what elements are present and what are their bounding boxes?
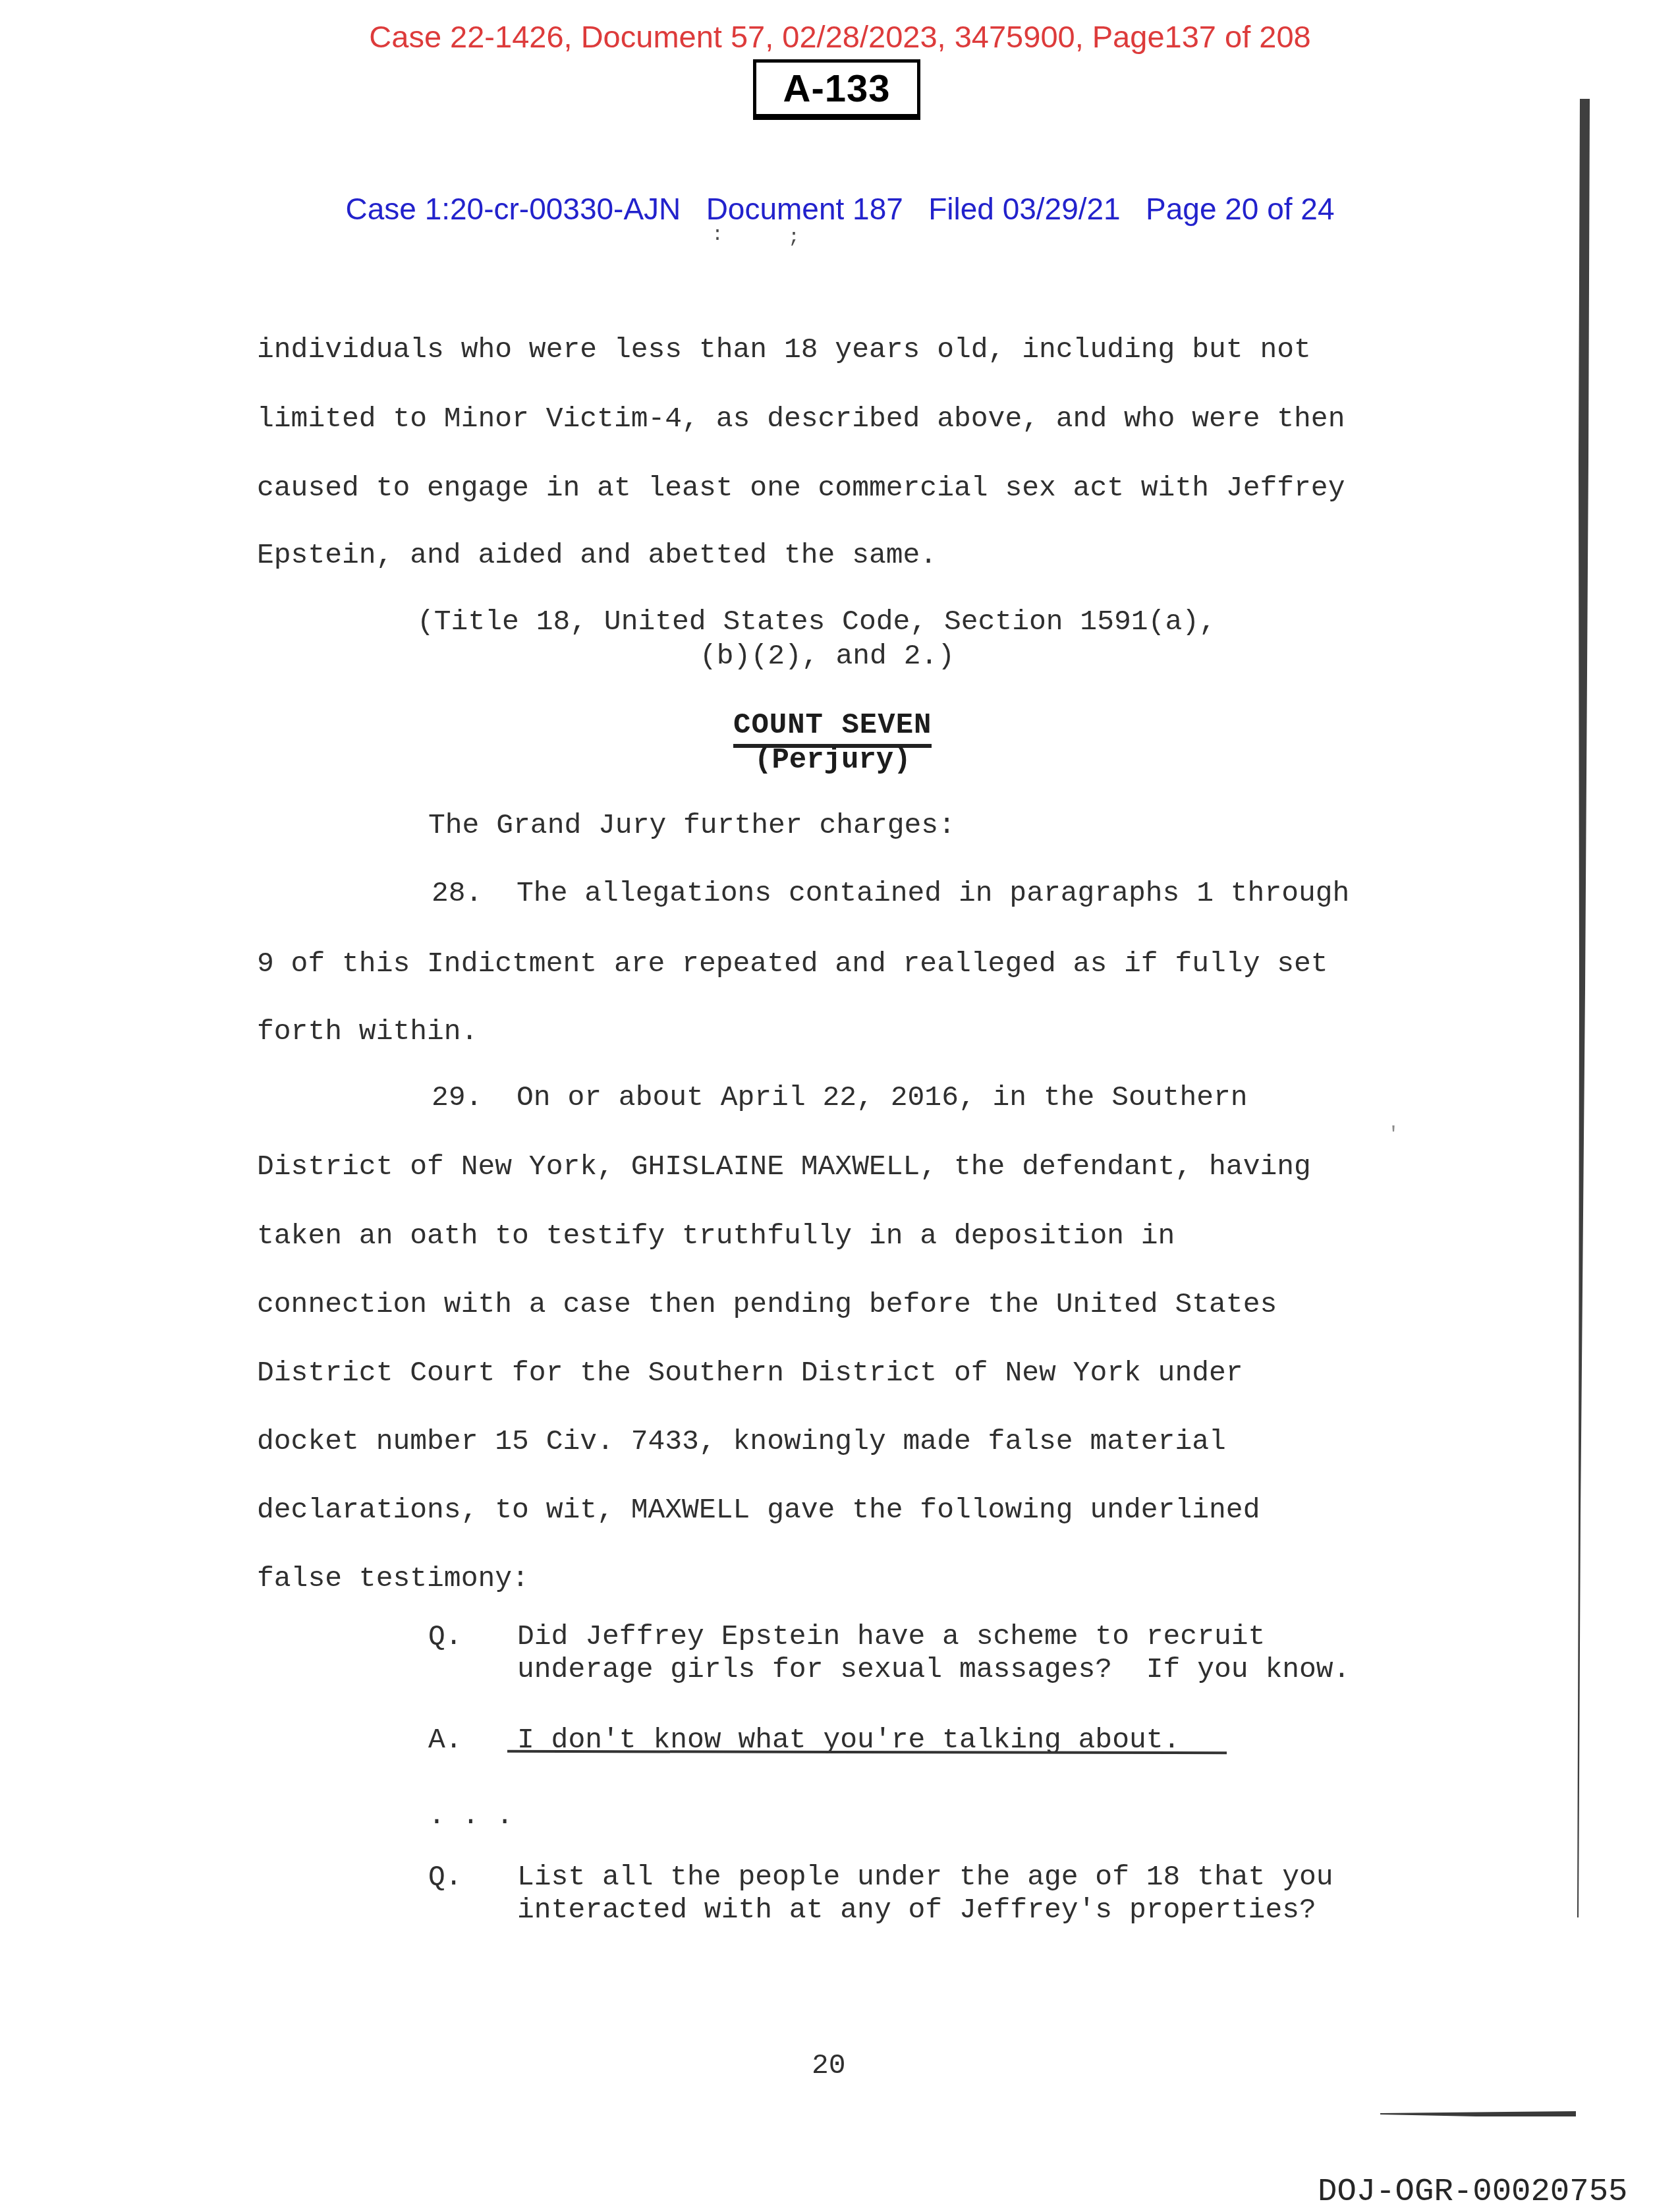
- body-line: limited to Minor Victim-4, as described …: [257, 405, 1345, 433]
- filing-header: Case 1:20-cr-00330-AJN Document 187 File…: [0, 194, 1680, 224]
- paragraph-29-line: taken an oath to testify truthfully in a…: [257, 1222, 1175, 1250]
- court-document-page: Case 22-1426, Document 57, 02/28/2023, 3…: [0, 0, 1680, 2212]
- bates-number: DOJ-OGR-00020755: [1318, 2176, 1627, 2208]
- paragraph-29-line: District Court for the Southern District…: [257, 1359, 1243, 1387]
- exhibit-stamp-box: A-133: [753, 59, 920, 120]
- statute-citation-line: (Title 18, United States Code, Section 1…: [417, 608, 1216, 636]
- question-text: List all the people under the age of 18 …: [517, 1863, 1333, 1891]
- question-text: underage girls for sexual massages? If y…: [517, 1655, 1350, 1684]
- question-label: Q.: [428, 1863, 462, 1891]
- body-line: caused to engage in at least one commerc…: [257, 474, 1345, 502]
- ellipsis-break: . . .: [428, 1801, 513, 1830]
- count-heading: COUNT SEVEN: [733, 711, 932, 748]
- appeal-case-header: Case 22-1426, Document 57, 02/28/2023, 3…: [0, 21, 1680, 52]
- paragraph-28-line: forth within.: [257, 1017, 478, 1046]
- answer-label: A.: [428, 1726, 462, 1754]
- page-number: 20: [812, 2051, 846, 2080]
- body-line: individuals who were less than 18 years …: [257, 335, 1311, 364]
- paragraph-29-line: docket number 15 Civ. 7433, knowingly ma…: [257, 1427, 1226, 1456]
- question-text: Did Jeffrey Epstein have a scheme to rec…: [517, 1622, 1265, 1651]
- paragraph-29-line: District of New York, GHISLAINE MAXWELL,…: [257, 1152, 1311, 1181]
- count-subheading: (Perjury): [754, 746, 911, 775]
- charge-intro: The Grand Jury further charges:: [428, 811, 955, 839]
- question-label: Q.: [428, 1622, 462, 1651]
- paragraph-29-line: connection with a case then pending befo…: [257, 1290, 1277, 1319]
- question-text: interacted with at any of Jeffrey's prop…: [517, 1896, 1316, 1924]
- statute-citation-line: (b)(2), and 2.): [700, 642, 955, 670]
- paragraph-29-line: false testimony:: [257, 1564, 529, 1593]
- page-edge-scan-bar: [1577, 99, 1590, 1917]
- exhibit-stamp-label: A-133: [783, 67, 891, 111]
- stray-pen-line: [1380, 2111, 1576, 2116]
- paragraph-29-line: declarations, to wit, MAXWELL gave the f…: [257, 1496, 1260, 1524]
- paragraph-28-line: 28. The allegations contained in paragra…: [432, 879, 1349, 907]
- scan-artifact-colon: :: [712, 224, 723, 246]
- paragraph-28-line: 9 of this Indictment are repeated and re…: [257, 950, 1328, 978]
- scan-artifact-apostrophe: ': [1387, 1124, 1399, 1147]
- paragraph-29-line: 29. On or about April 22, 2016, in the S…: [432, 1083, 1248, 1112]
- scan-artifact-semicolon: ;: [788, 227, 800, 249]
- body-line: Epstein, and aided and abetted the same.: [257, 541, 937, 569]
